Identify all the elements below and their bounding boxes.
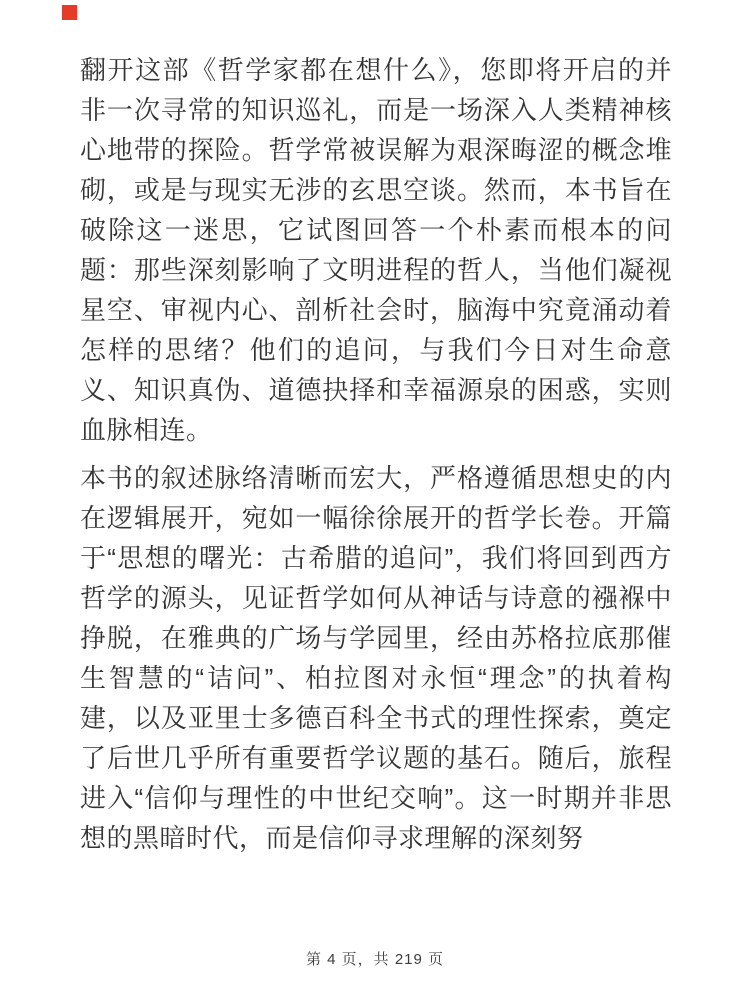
- paragraph-1: 翻开这部《哲学家都在想什么》，您即将开启的并非一次寻常的知识巡礼，而是一场深入人…: [80, 50, 672, 450]
- page-content: 翻开这部《哲学家都在想什么》，您即将开启的并非一次寻常的知识巡礼，而是一场深入人…: [80, 50, 672, 866]
- page-number-indicator: 第 4 页，共 219 页: [0, 948, 750, 969]
- paragraph-2: 本书的叙述脉络清晰而宏大，严格遵循思想史的内在逻辑展开，宛如一幅徐徐展开的哲学长…: [80, 458, 672, 858]
- document-page: 翻开这部《哲学家都在想什么》，您即将开启的并非一次寻常的知识巡礼，而是一场深入人…: [0, 0, 750, 1000]
- red-corner-marker: [62, 5, 77, 20]
